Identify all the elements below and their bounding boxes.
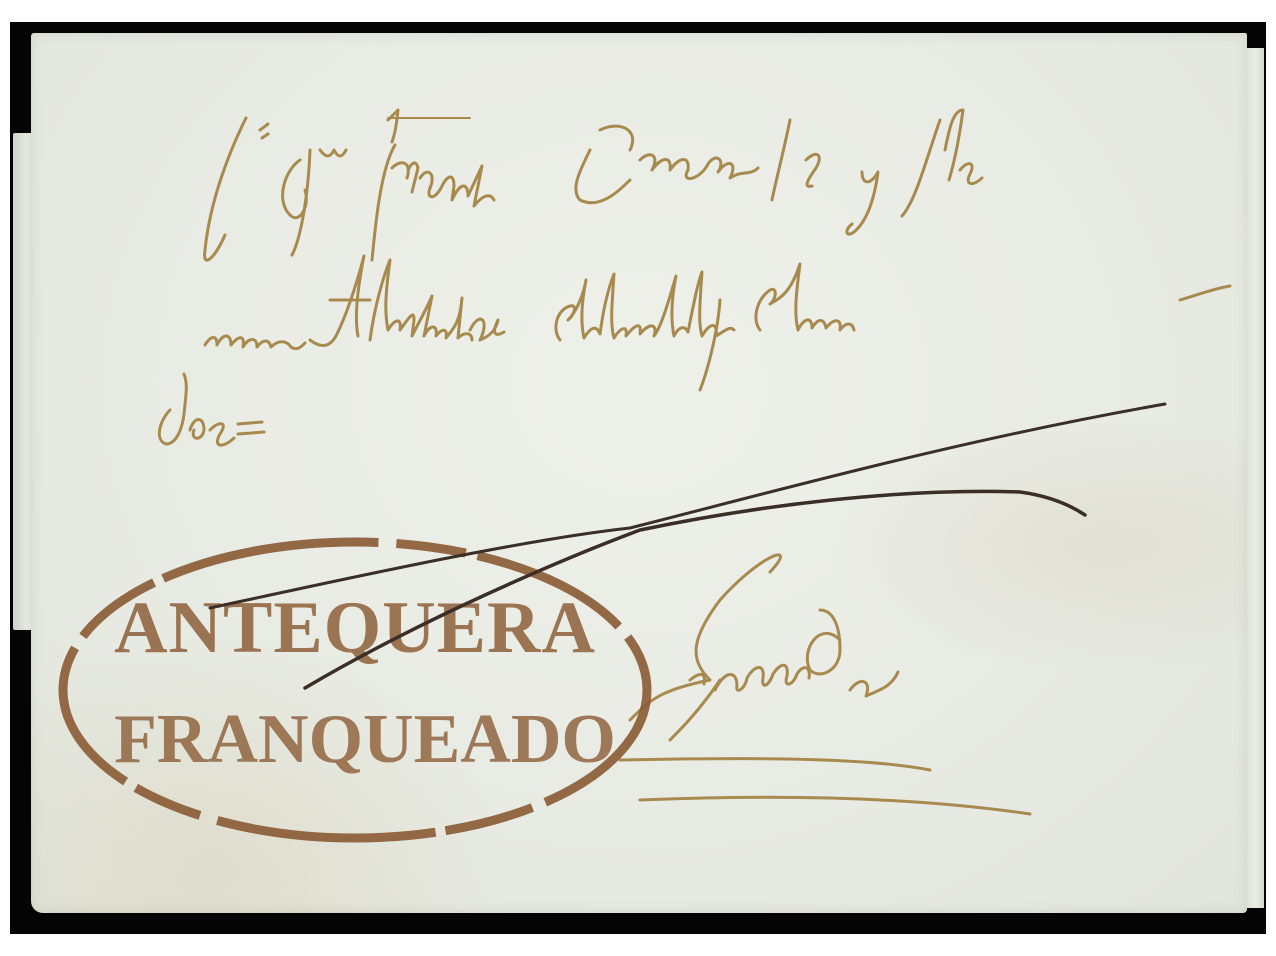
postmark-line2: FRANQUEADO xyxy=(114,701,616,778)
postmark-oval: ANTEQUERA FRANQUEADO xyxy=(63,542,647,838)
handwriting-layer: ANTEQUERA FRANQUEADO xyxy=(0,0,1276,956)
postmark-line1: ANTEQUERA xyxy=(114,587,596,669)
